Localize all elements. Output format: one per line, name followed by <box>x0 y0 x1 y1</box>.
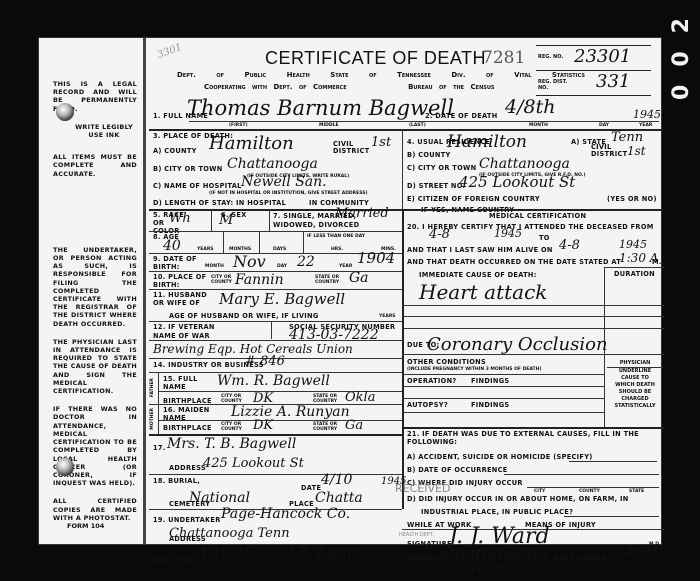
rule <box>402 412 604 413</box>
immediate-cause-label: IMMEDIATE CAUSE OF DEATH: <box>419 271 537 279</box>
residence-county-label: B) COUNTY <box>407 151 451 159</box>
film-frame-number: 002 <box>669 0 694 100</box>
due-to-value: Coronary Occlusion <box>427 334 608 355</box>
injury-place-label: D) DID INJURY OCCUR IN OR ABOUT HOME, ON… <box>407 495 629 503</box>
father-state-label: STATE OR COUNTRY <box>313 394 343 404</box>
birthplace-state-label: STATE OR COUNTRY <box>315 275 345 285</box>
section-divider <box>402 427 664 429</box>
divider <box>223 231 224 253</box>
divider <box>211 209 212 231</box>
informant-address-value: 425 Lookout St <box>203 456 304 471</box>
form-number: FORM 104 <box>67 522 104 530</box>
sublabel-middle: MIDDLE <box>319 123 339 128</box>
informant-address-label: ADDRESS <box>169 464 206 472</box>
sublabel-day: DAY <box>599 123 609 128</box>
instructions-sidebar: THIS IS A LEGAL RECORD AND WILL BE PERMA… <box>39 38 146 544</box>
citizen-foreign-label: E) CITIZEN OF FOREIGN COUNTRY <box>407 195 540 203</box>
input-line <box>527 487 659 488</box>
death-county-label: A) COUNTY <box>153 147 197 155</box>
residence-state-value: Tenn <box>611 130 643 145</box>
birthplace-city-label: CITY OR COUNTY <box>211 275 233 285</box>
father-state-value: Okla <box>345 390 375 405</box>
input-line <box>504 474 659 475</box>
birth-day-label: DAY <box>277 264 287 269</box>
punch-hole-icon <box>56 103 74 121</box>
operation-label: OPERATION? <box>407 377 457 385</box>
mother-city-label: CITY OR COUNTY <box>221 422 243 432</box>
reg-no-row: REG. NO. 23301 <box>536 46 651 71</box>
birth-month-label: MONTH <box>205 264 224 269</box>
birthplace-state-value: Ga <box>349 270 369 286</box>
mother-state-value: Ga <box>345 418 363 433</box>
rule <box>402 374 604 375</box>
birth-date-label: 9. DATE OF BIRTH: <box>153 255 203 271</box>
burial-label: 18. BURIAL, <box>153 477 200 485</box>
physician-address-value-2: Tenn. <box>469 560 508 576</box>
rule <box>402 398 604 399</box>
father-side-label: FATHER <box>150 378 155 397</box>
birthplace-label: 10. PLACE OF BIRTH: <box>153 273 211 289</box>
years-label: YEARS <box>197 247 214 252</box>
margin-note: 3301 <box>156 42 184 61</box>
less-than-day-label: IF LESS THAN ONE DAY <box>307 234 365 239</box>
birthplace-city-value: Fannin <box>235 272 284 288</box>
sex-value: M <box>219 212 233 228</box>
date-of-death-year: 1945 <box>633 108 661 121</box>
father-city-label: CITY OR COUNTY <box>221 394 243 404</box>
father-name-label: 15. FULL NAME <box>163 375 223 391</box>
physician-note-line: UNDERLINE <box>607 368 663 375</box>
father-name-value: Wm. R. Bagwell <box>217 373 330 389</box>
physician-note-line: CHARGED <box>607 396 663 403</box>
mother-state-label: STATE OR COUNTRY <box>313 422 343 432</box>
last-saw-year: 1945 <box>619 238 647 251</box>
county-sublabel: COUNTY <box>579 489 600 494</box>
death-city-value: Chattanooga <box>227 156 318 172</box>
accident-label: A) ACCIDENT, SUICIDE OR HOMICIDE (SPECIF… <box>407 453 593 461</box>
residence-city-value: Chattanooga <box>479 156 570 172</box>
registrar-label: REGISTRAR <box>347 564 376 569</box>
input-line <box>564 516 659 517</box>
column-divider <box>402 129 403 209</box>
input-line <box>569 461 657 462</box>
rule <box>149 231 402 232</box>
section-divider <box>149 129 663 131</box>
birth-month-value: Nov <box>233 252 266 271</box>
hrs-label: HRS. <box>331 247 343 252</box>
date-signed-value: 4-9-45 <box>625 544 667 559</box>
reg-dist-label: REG. DIST. NO. <box>538 79 568 91</box>
physician-note-line: PHYSICIAN <box>607 360 663 368</box>
date-filed-label: DATE FILED <box>153 556 199 564</box>
burial-date-value: 4/10 <box>321 472 352 488</box>
divider <box>303 231 304 253</box>
attended-to-label: TO <box>539 234 550 242</box>
birth-year-label: YEAR <box>339 264 352 269</box>
mother-side-label: MOTHER <box>150 408 155 430</box>
immediate-cause-value: Heart attack <box>419 280 547 304</box>
mother-name-value: Lizzie A. Runyan <box>231 404 350 420</box>
column-divider <box>402 209 404 509</box>
sidebar-note: THE PHYSICIAN LAST IN ATTENDANCE IS REQU… <box>53 338 137 395</box>
medical-cert-heading: MEDICAL CERTIFICATION <box>489 212 586 220</box>
health-dept-stamp: HEALTH DEPT. <box>399 532 434 538</box>
attended-from-year: 1945 <box>494 227 522 240</box>
rule <box>402 354 664 355</box>
registration-box: REG. NO. 23301 REG. DIST. NO. 331 <box>536 45 651 95</box>
sublabel-year: YEAR <box>639 123 652 128</box>
length-of-stay-label: D) LENGTH OF STAY: IN HOSPITAL <box>153 199 286 207</box>
divider <box>269 209 270 231</box>
reg-no-label: REG. NO. <box>538 54 568 60</box>
undertaker-address-value: Chattanooga Tenn <box>169 526 290 541</box>
informant-value: Mrs. T. B. Bagwell <box>167 436 296 452</box>
rule <box>604 267 664 268</box>
certificate-title: CERTIFICATE OF DEATH <box>265 48 486 69</box>
cooperating-commerce: Cooperating with Dept. of Commerce <box>204 83 347 91</box>
external-causes-label: 21. IF DEATH WAS DUE TO EXTERNAL CAUSES,… <box>407 430 657 446</box>
duration-label: DURATION <box>614 270 655 278</box>
street-value: 425 Lookout St <box>459 173 575 191</box>
other-conditions-label: OTHER CONDITIONS <box>407 358 486 366</box>
occurrence-date-label: B) DATE OF OCCURRENCE <box>407 466 508 474</box>
citizen-yes-no: (YES OR NO) <box>607 195 657 203</box>
death-city-label: B) CITY OR TOWN <box>153 165 223 173</box>
other-conditions-note: (INCLUDE PREGNANCY WITHIN 3 MONTHS OF DE… <box>407 367 541 372</box>
residence-city-label: C) CITY OR TOWN <box>407 164 476 172</box>
sublabel-last: (LAST) <box>409 123 426 128</box>
injury-place-label-2: INDUSTRIAL PLACE, IN PUBLIC PLACE? <box>421 508 573 516</box>
cemetery-value: National <box>189 490 250 506</box>
autopsy-label: AUTOPSY? <box>407 401 448 409</box>
rule <box>149 474 402 475</box>
certificate-body: 3301 CERTIFICATE OF DEATH 7281 Dept. of … <box>149 38 661 544</box>
dept-public-health: Dept. of Public Health <box>177 71 310 79</box>
reg-no-value: 23301 <box>574 46 631 67</box>
reg-dist-value: 331 <box>596 71 630 92</box>
physician-note-line: SHOULD BE <box>607 389 663 396</box>
undertaker-label: 19. UNDERTAKER <box>153 516 221 524</box>
reg-dist-row: REG. DIST. NO. 331 <box>536 71 651 96</box>
sidebar-note: THE UNDERTAKER, OR PERSON ACTING AS SUCH… <box>53 246 137 328</box>
death-civil-district-label: CIVIL DISTRICT <box>333 141 373 155</box>
punch-hole-icon <box>56 458 74 476</box>
informant-label: 17. <box>153 444 166 452</box>
death-time-suffix: M. <box>652 258 662 266</box>
sublabel-first: (FIRST) <box>229 123 248 128</box>
marital-status-value: Married <box>335 206 389 221</box>
physician-note-line: CAUSE TO <box>607 375 663 382</box>
death-county-value: Hamilton <box>209 133 294 154</box>
burial-place-value: Chatta <box>315 490 363 506</box>
residence-civil-district-value: 1st <box>627 144 646 158</box>
spouse-value: Mary E. Bagwell <box>219 290 345 308</box>
mother-birthplace-label: BIRTHPLACE <box>163 424 212 432</box>
street-label: D) STREET NO. <box>407 182 465 190</box>
rule <box>402 305 664 306</box>
header-cooperating: Cooperating with Dept. of Commerce Burea… <box>204 83 495 91</box>
registrar-signature: J.B. Lyons <box>289 545 359 561</box>
date-filed-value: 4-10-45 <box>199 545 253 561</box>
rule <box>149 321 402 322</box>
date-of-death-value: 4/8th <box>505 96 555 118</box>
hospital-label: C) NAME OF HOSPITAL <box>153 182 242 190</box>
residence-civil-district-label: CIVIL DISTRICT <box>591 144 631 158</box>
rule <box>402 316 664 317</box>
spouse-age-label: AGE OF HUSBAND OR WIFE, IF LIVING <box>169 312 319 320</box>
veteran-war-label: 12. IF VETERAN NAME OF WAR <box>153 323 233 341</box>
sidebar-note: ALL ITEMS MUST BE COMPLETE AND ACCURATE. <box>53 153 137 178</box>
state-tennessee: State of Tennessee <box>330 71 431 79</box>
undertaker-value: Page-Hancock Co. <box>221 506 350 522</box>
physician-note-line: WHICH DEATH <box>607 382 663 389</box>
rule <box>189 121 659 122</box>
certificate-number: 7281 <box>482 48 525 68</box>
days-label: DAYS <box>273 247 286 252</box>
spouse-label: 11. HUSBAND OR WIFE OF <box>153 291 213 307</box>
autopsy-findings-label: FINDINGS <box>471 401 509 409</box>
divider <box>259 231 260 253</box>
physician-note: PHYSICIAN UNDERLINE CAUSE TO WHICH DEATH… <box>607 360 663 410</box>
race-value: Wh <box>169 211 191 226</box>
rule <box>149 544 402 545</box>
age-years-value: 40 <box>163 238 181 254</box>
residence-county-value: Hamilton <box>447 132 527 152</box>
last-saw-label: AND THAT I LAST SAW HIM ALIVE ON <box>407 246 553 254</box>
date-of-death-label: 2. DATE OF DEATH <box>425 112 498 120</box>
death-time-label: AND THAT DEATH OCCURRED ON THE DATE STAT… <box>407 258 621 266</box>
date-signed-label: DATE SIGNED <box>554 554 607 562</box>
death-certificate: THIS IS A LEGAL RECORD AND WILL BE PERMA… <box>38 37 662 545</box>
city-sublabel: CITY <box>534 489 545 494</box>
hospital-value: Newell San. <box>241 174 327 190</box>
rule <box>402 386 604 387</box>
sidebar-note: ALL CERTIFIED COPIES ARE MADE WITH A PHO… <box>53 497 137 522</box>
mother-city-value: DK <box>253 418 273 433</box>
header-departments: Dept. of Public Health State of Tennesse… <box>177 71 585 79</box>
state-sublabel: STATE <box>629 489 644 494</box>
hospital-note: (IF NOT IN HOSPITAL OR INSTITUTION, GIVE… <box>209 191 368 196</box>
spouse-years-label: YEARS <box>379 314 396 319</box>
last-saw-value: 4-8 <box>559 238 580 253</box>
physician-note-line: STATISTICALLY <box>607 403 663 410</box>
rule <box>158 420 402 421</box>
birth-year-value: 1904 <box>357 249 395 267</box>
received-stamp: RECEIVED <box>395 482 450 495</box>
rule <box>149 340 402 341</box>
operation-findings-label: FINDINGS <box>471 377 509 385</box>
industry-value: # 846 <box>245 354 285 369</box>
rule <box>402 328 664 329</box>
death-civil-district-value: 1st <box>371 135 391 150</box>
divider <box>271 321 272 339</box>
birth-day-value: 22 <box>297 254 315 270</box>
physician-address-label: ADDRESS <box>407 554 444 562</box>
sublabel-month: MONTH <box>529 123 548 128</box>
divider <box>158 404 159 434</box>
sidebar-note: WRITE LEGIBLY USE INK <box>53 123 137 139</box>
full-name-value: Thomas Barnum Bagwell <box>187 96 454 120</box>
bureau-census: Bureau of the Census <box>408 83 494 91</box>
attended-from-value: 4-8 <box>429 227 450 242</box>
